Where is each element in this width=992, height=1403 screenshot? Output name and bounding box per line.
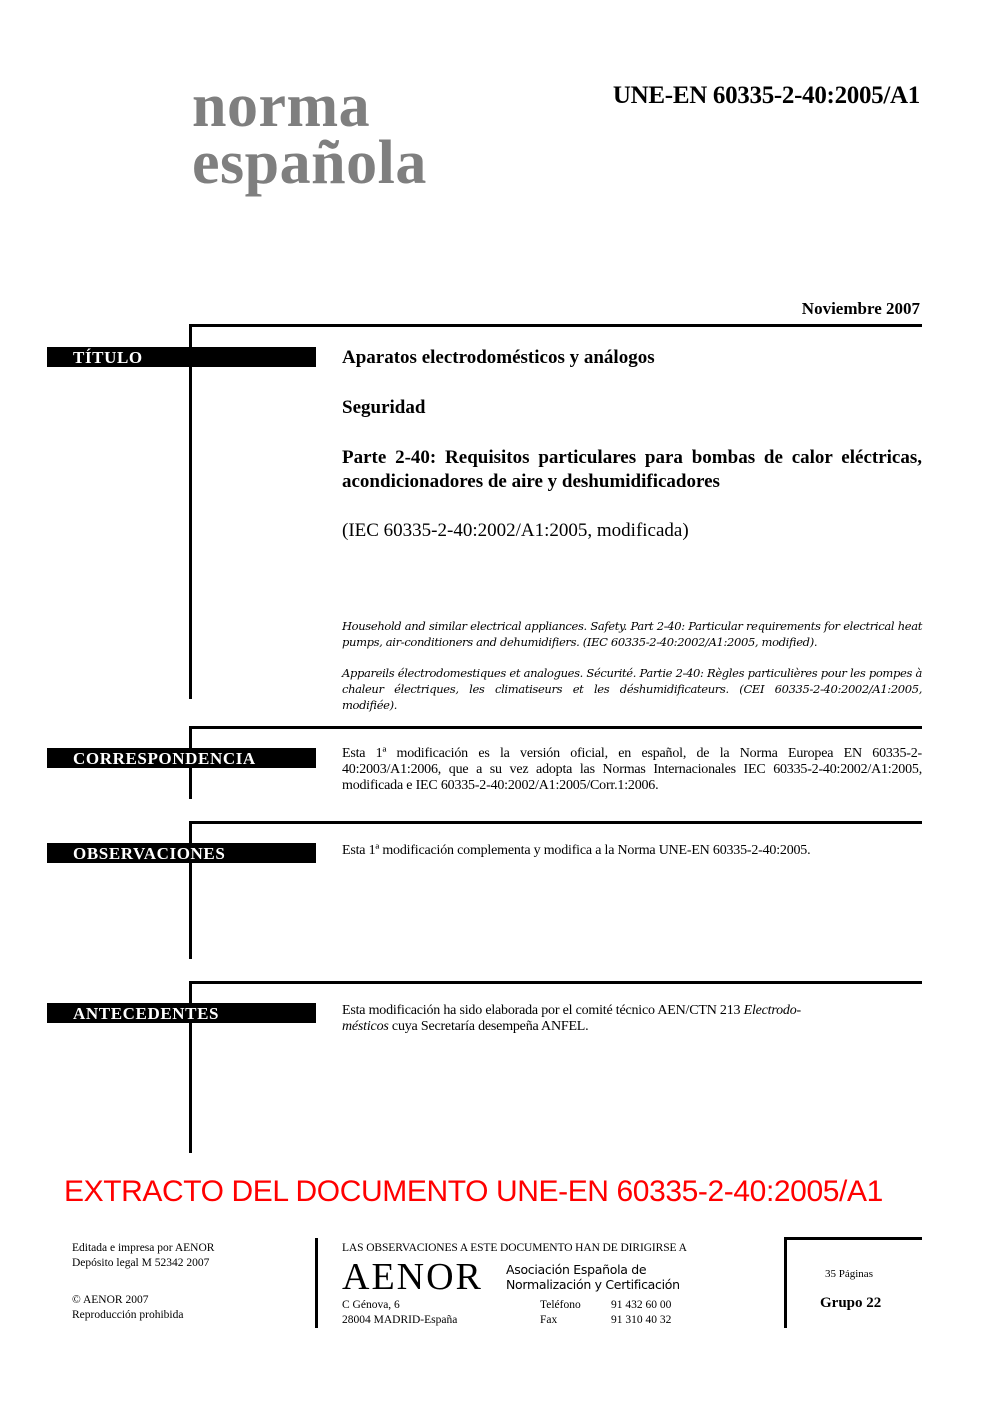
aenor-contact-labels: Teléfono Fax [540,1298,581,1328]
footer-separator-left [315,1238,318,1328]
brand-line-1: norma [192,78,427,135]
section-divider-observaciones [189,821,922,824]
section-label-antecedentes: ANTECEDENTES [47,1003,316,1023]
section-rule-titulo [189,324,192,699]
section-divider-antecedentes [189,981,922,984]
antecedentes-text-after: cuya Secretaría desempeña ANFEL. [389,1019,589,1034]
page-count: 35 Páginas [825,1267,873,1282]
aenor-logo: AENOR [342,1258,483,1296]
aenor-address: C Génova, 6 28004 MADRID-España [342,1298,457,1328]
footer-publisher: Editada e impresa por AENOR Depósito leg… [72,1241,214,1323]
brand-wordmark: norma española [192,78,427,192]
section-rule-observaciones [189,821,192,959]
correspondencia-text: Esta 1ª modificación es la versión ofici… [342,746,922,794]
document-title: Aparatos electrodomésticos y análogos [342,346,922,370]
aenor-org-line-1: Asociación Española de [506,1262,680,1277]
observaciones-text: Esta 1ª modificación complementa y modif… [342,843,922,859]
footer-copyright: © AENOR 2007 [72,1293,214,1308]
aenor-org-line-2: Normalización y Certificación [506,1277,680,1292]
section-label-correspondencia: CORRESPONDENCIA [47,748,316,768]
document-subtitle: Seguridad [342,396,922,420]
aenor-organization: Asociación Española de Normalización y C… [506,1262,680,1292]
section-label-titulo: TÍTULO [47,347,316,367]
footer-reproduction: Reproducción prohibida [72,1308,214,1323]
section-divider-titulo [189,324,922,327]
section-divider-correspondencia [189,726,922,729]
antecedentes-committee-a: Electrodo- [744,1003,801,1018]
phone-label: Teléfono [540,1298,581,1313]
antecedentes-text: Esta modificación ha sido elaborada por … [342,1003,922,1035]
section-label-observaciones: OBSERVACIONES [47,843,316,863]
antecedentes-text-before: Esta modificación ha sido elaborada por … [342,1003,744,1018]
footer-box-top [784,1237,922,1240]
price-group: Grupo 22 [820,1295,881,1312]
brand-line-2: española [192,135,427,192]
fax-label: Fax [540,1313,581,1328]
french-title: Appareils électrodomestiques et analogue… [342,665,922,713]
footer-box-left [784,1237,787,1328]
document-reference: (IEC 60335-2-40:2002/A1:2005, modificada… [342,519,922,543]
aenor-street: C Génova, 6 [342,1298,457,1313]
antecedentes-committee-b: mésticos [342,1019,389,1034]
footer-edited-by: Editada e impresa por AENOR [72,1241,214,1256]
english-title: Household and similar electrical applian… [342,618,922,650]
publication-date: Noviembre 2007 [802,299,920,319]
phone-number: 91 432 60 00 [611,1298,671,1313]
document-part: Parte 2-40: Requisitos particulares para… [342,446,922,494]
extract-notice: EXTRACTO DEL DOCUMENTO UNE-EN 60335-2-40… [64,1175,883,1209]
aenor-city: 28004 MADRID-España [342,1313,457,1328]
standard-code: UNE-EN 60335-2-40:2005/A1 [613,82,920,110]
fax-number: 91 310 40 32 [611,1313,671,1328]
footer-legal-deposit: Depósito legal M 52342 2007 [72,1256,214,1271]
aenor-contact-values: 91 432 60 00 91 310 40 32 [611,1298,671,1328]
footer-heading: LAS OBSERVACIONES A ESTE DOCUMENTO HAN D… [342,1241,687,1256]
